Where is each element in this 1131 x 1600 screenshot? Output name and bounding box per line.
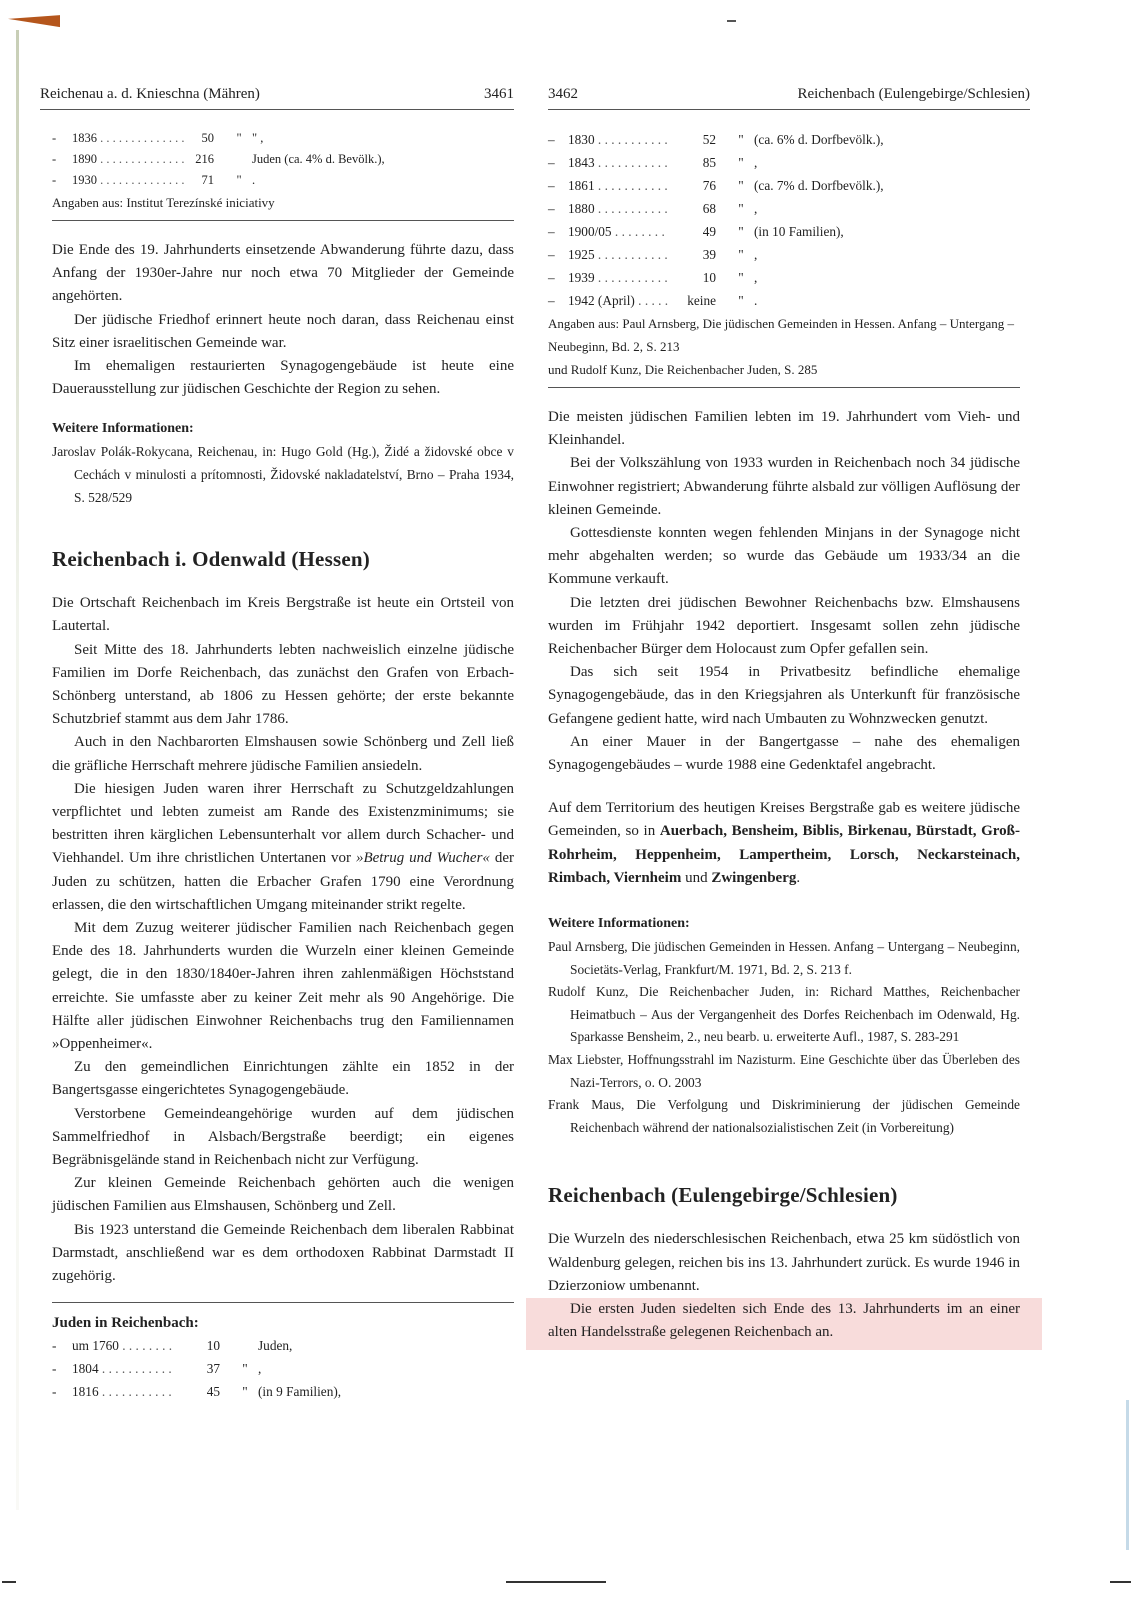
paragraph: Im ehemaligen restaurierten Synagogengeb… (52, 355, 514, 401)
highlighted-passage: Die ersten Juden siedelten sich Ende des… (526, 1298, 1042, 1350)
italic-quote: »Betrug und Wucher« (356, 850, 490, 866)
paragraph: Mit dem Zuzug weiterer jüdischer Familie… (52, 917, 514, 1056)
further-info-heading: Weitere Informationen: (52, 421, 514, 437)
right-page: 3462 Reichenbach (Eulengebirge/Schlesien… (548, 86, 1020, 1350)
left-page: Reichenau a. d. Knieschna (Mähren) 3461 … (52, 86, 514, 1403)
stat-row: – 1843 85 " , (548, 151, 1020, 174)
paragraph: Zur kleinen Gemeinde Reichenbach gehörte… (52, 1172, 514, 1218)
stats-source: Angaben aus: Institut Terezínské iniciat… (52, 191, 514, 214)
right-running-head: 3462 Reichenbach (Eulengebirge/Schlesien… (548, 86, 1030, 110)
page-number: 3462 (548, 86, 578, 103)
reference-item: Max Liebster, Hoffnungsstrahl im Nazistu… (548, 1049, 1020, 1094)
paragraph: Das sich seit 1954 in Privatbesitz befin… (548, 661, 1020, 731)
stats-source: Angaben aus: Paul Arnsberg, Die jüdische… (548, 312, 1020, 358)
stat-row: - 1890 216 Juden (ca. 4% d. Bevölk.), (52, 149, 514, 170)
references: Paul Arnsberg, Die jüdischen Gemeinden i… (548, 936, 1020, 1139)
running-head-title: Reichenau a. d. Knieschna (Mähren) (40, 86, 260, 103)
paragraph: Auch in den Nachbarorten Elmshausen sowi… (52, 731, 514, 777)
stat-row: – 1942 (April) keine " . (548, 289, 1020, 312)
stat-row: - um 1760 10 Juden, (52, 1334, 514, 1357)
paragraph: Die Ortschaft Reichenbach im Kreis Bergs… (52, 592, 514, 638)
page-number: 3461 (484, 86, 514, 103)
running-head-title: Reichenbach (Eulengebirge/Schlesien) (797, 86, 1030, 103)
reference-item: Jaroslav Polák-Rokycana, Reichenau, in: … (52, 441, 514, 509)
scan-bottom-mark-right (1110, 1581, 1131, 1583)
stat-row: - 1804 37 " , (52, 1357, 514, 1380)
paragraph: Die Wurzeln des niederschlesischen Reich… (548, 1228, 1020, 1298)
stat-row: – 1880 68 " , (548, 197, 1020, 220)
paragraph: Die Ende des 19. Jahrhunderts einsetzend… (52, 239, 514, 309)
stat-row: - 1816 45 " (in 9 Familien), (52, 1380, 514, 1403)
section-title: Reichenbach (Eulengebirge/Schlesien) (548, 1183, 1020, 1208)
highlighted-paragraph: Die ersten Juden siedelten sich Ende des… (548, 1298, 1020, 1344)
stat-row: - 1930 71 " . (52, 170, 514, 191)
paragraph: Der jüdische Friedhof erinnert heute noc… (52, 309, 514, 355)
scan-top-mark (727, 20, 736, 22)
paragraph: Bei der Volkszählung von 1933 wurden in … (548, 452, 1020, 522)
stat-row: – 1900/05 49 " (in 10 Familien), (548, 220, 1020, 243)
section-title: Reichenbach i. Odenwald (Hessen) (52, 547, 514, 572)
reference-item: Paul Arnsberg, Die jüdischen Gemeinden i… (548, 936, 1020, 981)
stat-row: – 1861 76 " (ca. 7% d. Dorfbevölk.), (548, 174, 1020, 197)
stats-box-continued: – 1830 52 " (ca. 6% d. Dorfbevölk.), – 1… (548, 128, 1020, 388)
left-running-head: Reichenau a. d. Knieschna (Mähren) 3461 (40, 86, 514, 110)
juden-stats-list: - um 1760 10 Juden, - 1804 37 " , - 1816… (52, 1334, 514, 1403)
paragraph: Verstorbene Gemeindeangehörige wurden au… (52, 1103, 514, 1173)
scan-bottom-mark-left (2, 1581, 16, 1583)
place-name: Zwingenberg (711, 870, 796, 886)
stat-row: – 1939 10 " , (548, 266, 1020, 289)
paragraph: Die letzten drei jüdischen Bewohner Reic… (548, 592, 1020, 662)
paragraph-with-quote: Die hiesigen Juden waren ihrer Herrschaf… (52, 778, 514, 917)
further-info-heading: Weitere Informationen: (548, 916, 1020, 932)
stat-row: – 1925 39 " , (548, 243, 1020, 266)
scan-bottom-mark-center (506, 1581, 606, 1583)
bergstrasse-paragraph: Auf dem Territorium des heutigen Kreises… (548, 797, 1020, 890)
paragraph: Die meisten jüdischen Familien lebten im… (548, 406, 1020, 452)
paragraph: Gottesdienste konnten wegen fehlenden Mi… (548, 522, 1020, 592)
stats-box-continued: - 1836 50 " " , - 1890 216 Juden (ca. 4%… (52, 128, 514, 221)
paragraph: Zu den gemeindlichen Einrichtungen zählt… (52, 1056, 514, 1102)
stat-row: - 1836 50 " " , (52, 128, 514, 149)
scan-left-edge (16, 30, 19, 1510)
reference-item: Frank Maus, Die Verfolgung und Diskrimin… (548, 1094, 1020, 1139)
juden-stats-heading: Juden in Reichenbach: (52, 1315, 514, 1332)
juden-stats-list: – 1830 52 " (ca. 6% d. Dorfbevölk.), – 1… (548, 128, 1020, 312)
scan-corner-mark (8, 15, 60, 31)
paragraph: Seit Mitte des 18. Jahrhunderts lebten n… (52, 639, 514, 732)
paragraph: Bis 1923 unterstand die Gemeinde Reichen… (52, 1219, 514, 1289)
references: Jaroslav Polák-Rokycana, Reichenau, in: … (52, 441, 514, 509)
reference-item: Rudolf Kunz, Die Reichenbacher Juden, in… (548, 981, 1020, 1049)
stats-source: und Rudolf Kunz, Die Reichenbacher Juden… (548, 358, 1020, 381)
stats-list: - 1836 50 " " , - 1890 216 Juden (ca. 4%… (52, 128, 514, 191)
stat-row: – 1830 52 " (ca. 6% d. Dorfbevölk.), (548, 128, 1020, 151)
scan-right-edge (1126, 1400, 1129, 1550)
paragraph: An einer Mauer in der Bangertgasse – nah… (548, 731, 1020, 777)
